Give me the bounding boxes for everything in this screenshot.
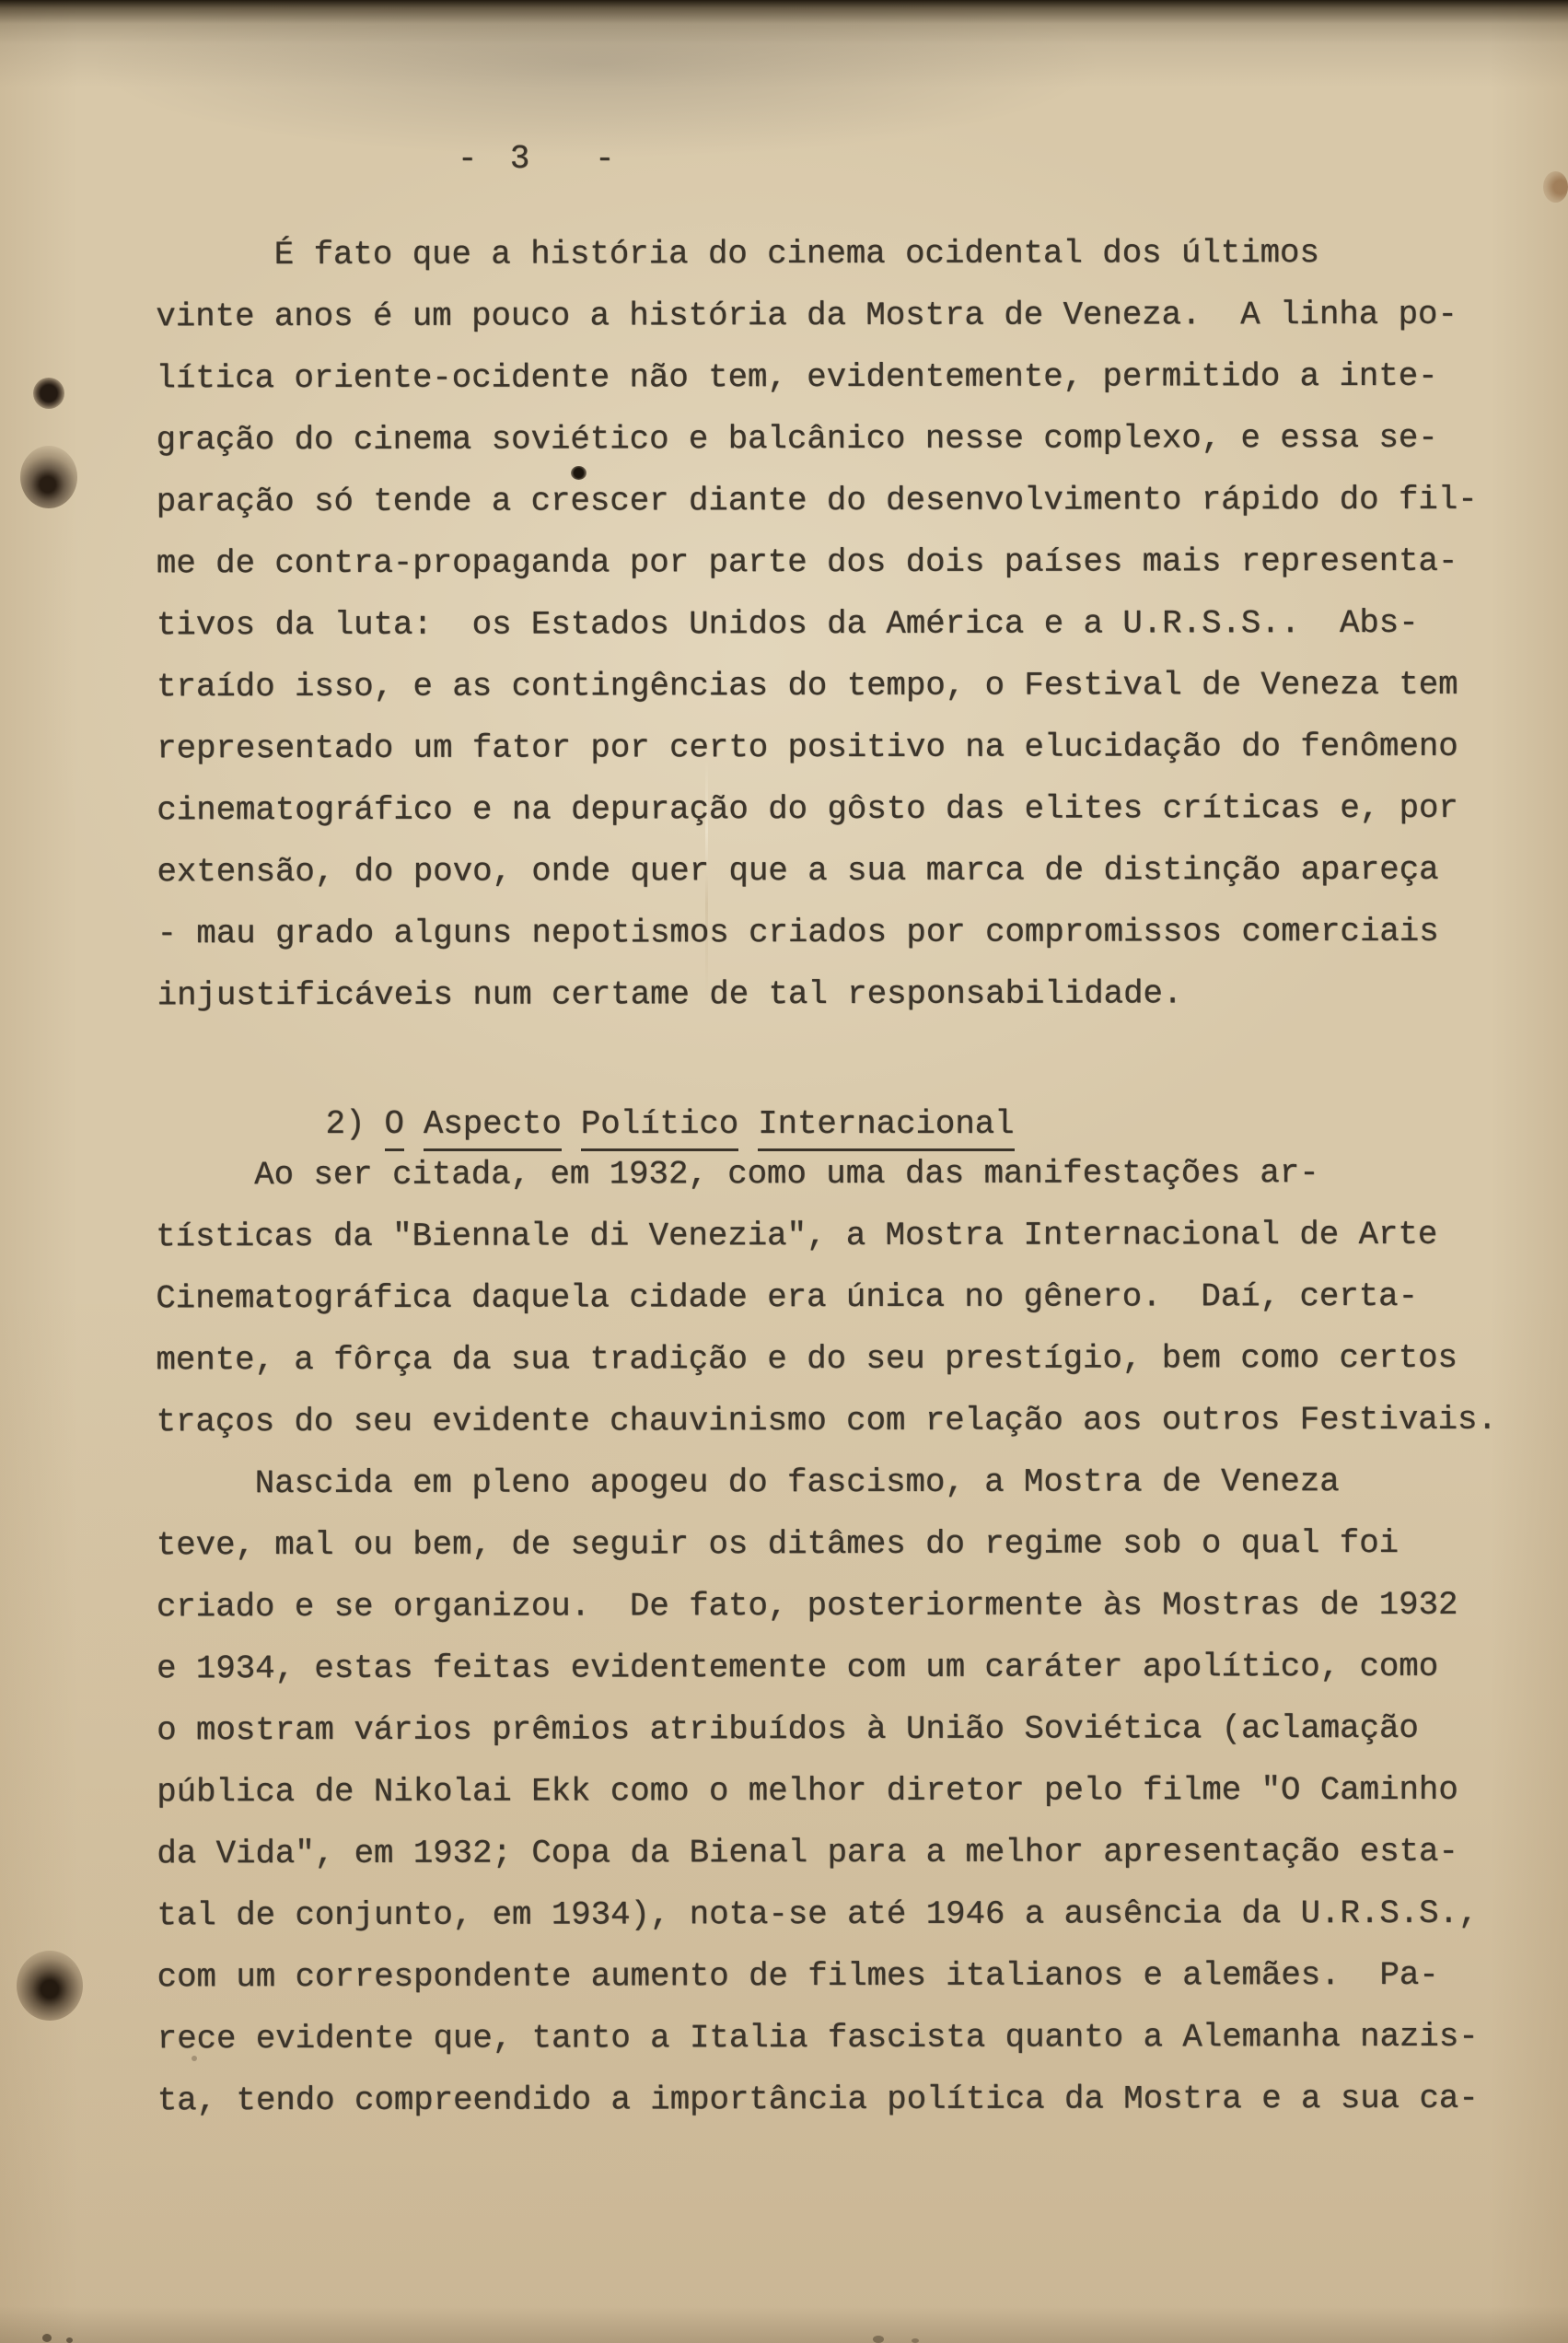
- text-line: teve, mal ou bem, de seguir os ditâmes d…: [157, 1512, 1497, 1577]
- ink-dot: [571, 466, 587, 480]
- text-line: Ao ser citada, em 1932, como uma das man…: [156, 1142, 1496, 1206]
- text-line: o mostram vários prêmios atribuídos à Un…: [157, 1697, 1497, 1762]
- text-line: Cinematográfica daquela cidade era única…: [156, 1265, 1496, 1330]
- edge-speck: [66, 2337, 73, 2343]
- ink-blot-medium: [20, 446, 77, 508]
- edge-speck: [873, 2336, 884, 2343]
- text-line: mente, a fôrça da sua tradição e do seu …: [156, 1327, 1496, 1392]
- section-heading-number: 2): [326, 1105, 366, 1143]
- text-line: paração só tende a crescer diante do des…: [157, 469, 1478, 533]
- paper-speck: [192, 2056, 197, 2061]
- text-line: tivos da luta: os Estados Unidos da Amér…: [157, 592, 1478, 657]
- scanned-document-page: - 3 - É fato que a história do cinema oc…: [0, 0, 1568, 2343]
- text-line: tal de conjunto, em 1934), nota-se até 1…: [157, 1883, 1497, 1947]
- scan-bottom-edge-shadow: [0, 2306, 1568, 2343]
- text-line: rece evidente que, tanto a Italia fascis…: [157, 2006, 1498, 2070]
- page-number: - 3 -: [458, 140, 615, 179]
- text-line: representado um fator por certo positivo…: [157, 716, 1478, 780]
- ink-blot-large: [17, 1951, 83, 2021]
- text-line: ta, tendo compreendido a importância pol…: [157, 2068, 1498, 2132]
- text-line: traído isso, e as contingências do tempo…: [157, 654, 1478, 718]
- text-line: - mau grado alguns nepotismos criados po…: [157, 901, 1479, 965]
- text-line: tísticas da "Biennale di Venezia", a Mos…: [156, 1204, 1496, 1268]
- text-line: É fato que a história do cinema ocidenta…: [156, 222, 1477, 286]
- text-line: com um correspondente aumento de filmes …: [157, 1944, 1498, 2009]
- rust-stain: [1543, 171, 1568, 203]
- paragraph-2-and-3: Ao ser citada, em 1932, como uma das man…: [156, 1142, 1498, 2132]
- text-line: da Vida", em 1932; Copa da Bienal para a…: [157, 1821, 1497, 1885]
- edge-speck: [42, 2334, 52, 2342]
- text-line: Nascida em pleno apogeu do fascismo, a M…: [157, 1451, 1497, 1515]
- text-line: gração do cinema soviético e balcânico n…: [157, 407, 1478, 472]
- text-line: lítica oriente-ocidente não tem, evident…: [156, 345, 1477, 410]
- text-line: extensão, do povo, onde quer que a sua m…: [157, 839, 1478, 903]
- text-line: pública de Nikolai Ekk como o melhor dir…: [157, 1759, 1497, 1824]
- text-line: injustificáveis num certame de tal respo…: [157, 962, 1479, 1027]
- text-line: criado e se organizou. De fato, posterio…: [157, 1574, 1497, 1638]
- edge-speck: [912, 2338, 919, 2343]
- text-line: e 1934, estas feitas evidentemente com u…: [157, 1636, 1497, 1700]
- section-heading-title: OAspectoPolíticoInternacional: [385, 1105, 1015, 1143]
- text-line: cinematográfico e na depuração do gôsto …: [157, 777, 1478, 842]
- text-line: vinte anos é um pouco a história da Most…: [156, 284, 1477, 348]
- text-line: me de contra-propaganda por parte dos do…: [157, 530, 1478, 595]
- text-line: traços do seu evidente chauvinismo com r…: [157, 1389, 1497, 1453]
- ink-blot-small: [33, 378, 64, 409]
- paragraph-1: É fato que a história do cinema ocidenta…: [156, 222, 1478, 1027]
- scan-top-edge-shadow: [0, 0, 1568, 87]
